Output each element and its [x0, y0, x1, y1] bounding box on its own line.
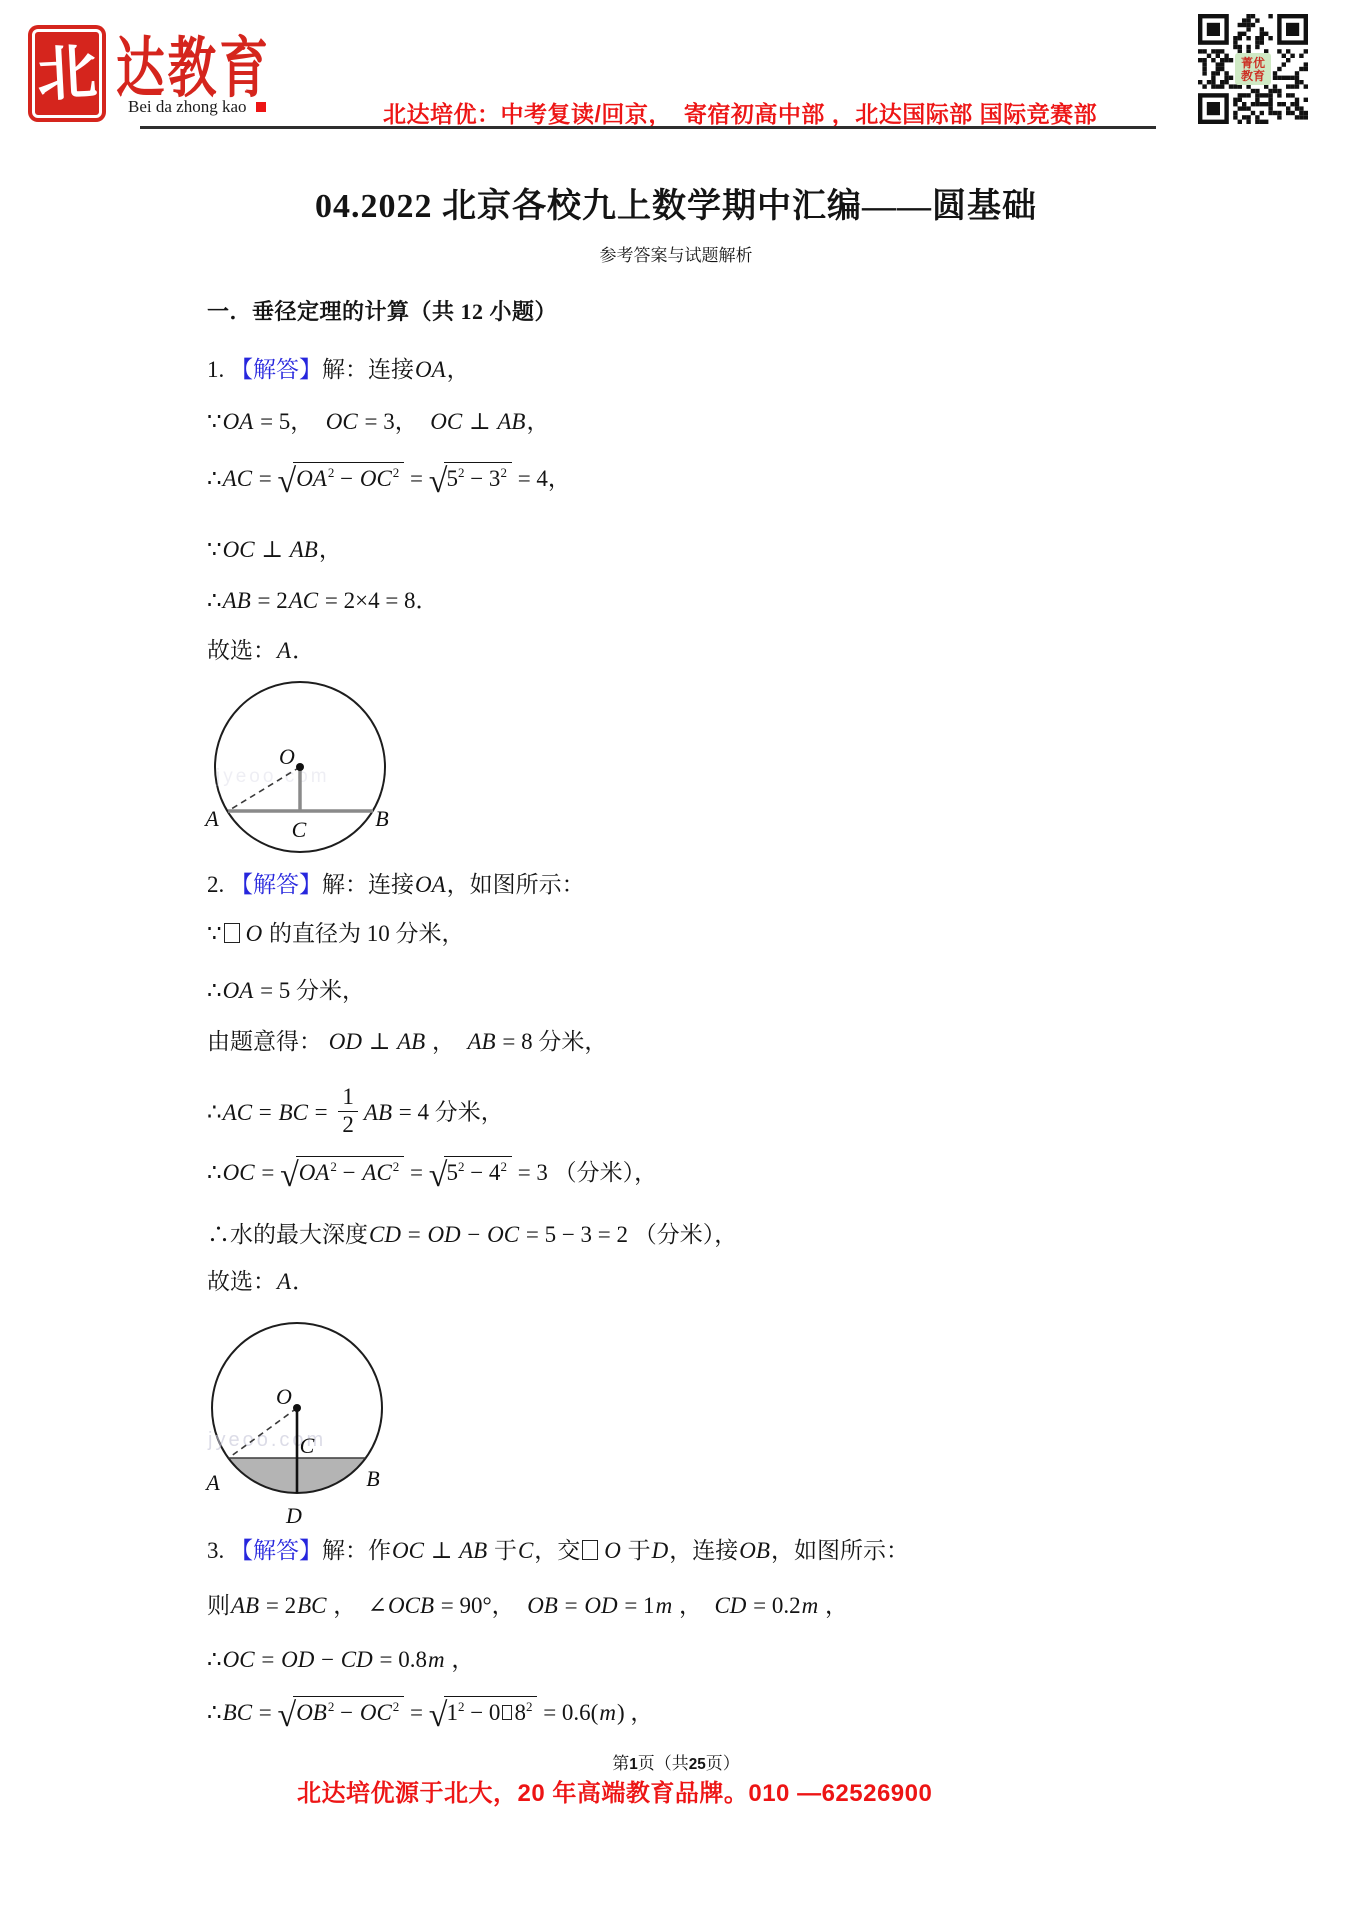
qr-code-image: 菁优 教育: [1197, 14, 1309, 124]
circle-diagram-2: jyeoo.com O A B C D: [198, 1312, 398, 1531]
solution-line-p1-2: ∵OA = 5， OC = 3， OC ⊥ AB，: [207, 407, 549, 437]
point-label-B: B: [366, 1466, 379, 1491]
solution-line-p2-3: ∴OA = 5 分米，: [207, 976, 365, 1006]
circle-diagram-2-image: jyeoo.com O A B C D: [198, 1312, 398, 1526]
header-divider: [140, 126, 1156, 129]
logo-tagline-text: Bei da zhong kao: [128, 97, 247, 116]
point-label-C: C: [300, 1433, 315, 1458]
solution-line-p1-4: ∵OC ⊥ AB，: [207, 535, 342, 565]
solution-line-p3-3: ∴OC = OD − CD = 0.8m ，: [207, 1645, 474, 1675]
section-heading: 一．垂径定理的计算（共 12 小题）: [207, 295, 557, 326]
solution-line-p2-5: ∴AC = BC = 12AB = 4 分米，: [207, 1088, 504, 1141]
circle-diagram-1: jyeoo.com O A B C: [198, 676, 398, 863]
point-label-A: A: [203, 806, 219, 831]
circle-diagram-1-image: jyeoo.com O A B C: [198, 676, 398, 858]
solution-line-p2-8: 故选：A．: [207, 1267, 315, 1297]
logo-seal: 北: [28, 25, 106, 122]
solution-line-p2-4: 由题意得： OD ⊥ AB ， AB = 8 分米，: [207, 1027, 607, 1057]
footer-contact-line: 北达培优源于北大，20 年高端教育品牌。010 —62526900: [297, 1773, 932, 1808]
solution-line-p3-4: ∴BC = √OB2 − OC2 = √12 − 082 = 0.6(m) ，: [207, 1696, 653, 1728]
solution-line-p3-2: 则AB = 2BC ， ∠OCB = 90°， OB = OD = 1m ， C…: [207, 1591, 848, 1621]
page-title: 04.2022 北京各校九上数学期中汇编——圆基础: [0, 178, 1352, 227]
logo-tagline: Bei da zhong kao: [128, 97, 266, 117]
solution-line-p1-3: ∴AC = √OA2 − OC2 = √52 − 32 = 4，: [207, 462, 571, 494]
point-label-A: A: [204, 1470, 220, 1495]
point-label-O: O: [276, 1384, 292, 1409]
solution-line-p2-1: 2. 【解答】解：连接OA，如图所示：: [207, 870, 585, 900]
solution-line-p1-1: 1. 【解答】解：连接OA，: [207, 355, 470, 385]
point-label-O: O: [279, 744, 295, 769]
point-label-B: B: [375, 806, 388, 831]
page-subtitle: 参考答案与试题解析: [0, 241, 1352, 266]
qr-code: 菁优 教育: [1197, 14, 1309, 124]
solution-line-p2-6: ∴OC = √OA2 − AC2 = √52 − 42 = 3 （分米），: [207, 1156, 657, 1188]
solution-line-p1-5: ∴AB = 2AC = 2×4 = 8．: [207, 586, 439, 616]
document-page: 北 达教育 Bei da zhong kao 北达培优：中考复读/回京， 寄宿初…: [0, 0, 1352, 1911]
logo-brand-text: 达教育: [116, 16, 271, 110]
logo-seal-character: 北: [26, 23, 109, 124]
header-slogan: 北达培优：中考复读/回京， 寄宿初高中部 ，北达国际部 国际竞赛部: [383, 96, 1097, 129]
solution-line-p3-1: 3. 【解答】解：作OC ⊥ AB 于C，交O 于D，连接OB，如图所示：: [207, 1536, 909, 1566]
solution-line-p2-7: ∴水的最大深度CD = OD − OC = 5 − 3 = 2 （分米），: [207, 1220, 737, 1250]
point-label-C: C: [292, 817, 307, 842]
red-square-icon: [256, 102, 266, 112]
point-label-D: D: [285, 1503, 302, 1526]
solution-line-p1-6: 故选：A．: [207, 636, 315, 666]
qr-label-line1: 菁优: [1241, 55, 1265, 70]
footer-page-info: 第1页（共25页）: [0, 1749, 1352, 1774]
solution-line-p2-2: ∵O 的直径为 10 分米，: [207, 919, 465, 949]
qr-label-line2: 教育: [1240, 68, 1265, 83]
